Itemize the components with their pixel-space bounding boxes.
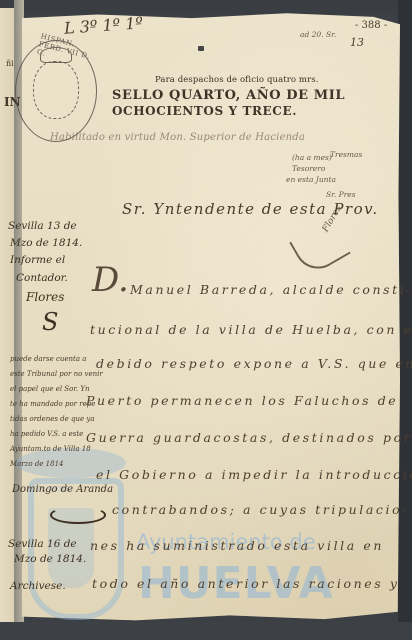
right-margin-note: en esta Junta: [286, 175, 336, 184]
margin-decree2-line: Archivese.: [10, 580, 66, 592]
royal-seal-icon: HISPAN. FERD. VII D. G.: [15, 40, 97, 142]
margin-report-line: Marzo de 1814: [10, 460, 63, 468]
right-margin-note: (ha a mes): [292, 153, 332, 162]
margin-report-line: el papel que el Sor. Yn: [10, 385, 89, 393]
stamp-title-line2: OCHOCIENTOS Y TRECE.: [112, 104, 297, 118]
coat-of-arms-icon: [33, 61, 79, 119]
frame-right-edge: [398, 0, 412, 640]
signature-flourish-icon: [50, 506, 106, 524]
stamp-title-line1: SELLO QUARTO, AÑO DE MIL: [112, 88, 345, 103]
body-line: tucional de la villa de Huelba, con el: [90, 322, 412, 337]
body-line: contrabandos; a cuyas tripulacio-: [112, 502, 409, 517]
margin-decree2-line: Sevilla 16 de: [8, 538, 77, 550]
body-line: Guerra guardacostas, destinados por: [86, 430, 412, 445]
body-line: Puerto permanecen los Faluchos de: [86, 393, 398, 408]
margin-report-line: tidas ordenes de que ya: [10, 415, 95, 423]
margin-decree-line: Contador.: [16, 272, 68, 284]
right-margin-note: Sr. Pres: [326, 190, 356, 199]
margin-report-initial: S: [42, 308, 58, 336]
margin-report-line: este Tribunal por no venir: [10, 370, 103, 378]
left-fragment-1: ñi: [6, 59, 14, 68]
scan-backdrop: [0, 0, 412, 14]
margin-decree-line: Informe el: [10, 254, 65, 266]
body-line: el Gobierno a impedir la introduccion: [96, 467, 412, 482]
salutation: Sr. Yntendente de esta Prov.: [122, 200, 379, 218]
right-margin-note: Tesorero: [292, 164, 325, 173]
stamp-bullet-icon: [198, 46, 204, 51]
drop-cap: D.: [92, 260, 129, 300]
margin-report-line: puede darse cuenta a: [10, 355, 86, 363]
body-line: debido respeto expone a V.S. que en este: [96, 356, 412, 371]
margin-decree-line: Sevilla 13 de: [8, 220, 77, 232]
margin-report-line: ha pedido V.S. a este: [10, 430, 83, 438]
right-margin-note: Tresmas: [330, 150, 362, 159]
right-margin-note: ad 20. Sr.: [300, 30, 336, 39]
frame-bottom-edge: [0, 622, 412, 640]
body-line: nes ha suministrado esta villa en: [90, 538, 384, 553]
margin-report-line: Ayuntam.to de Villa 18: [10, 445, 91, 453]
body-line: todo el año anterior las raciones y: [92, 576, 399, 591]
body-line: Manuel Barreda, alcalde consti-: [130, 282, 412, 297]
margin-decree-line: Mzo de 1814.: [10, 237, 82, 249]
margin-report-line: te ha mandado por repe: [10, 400, 95, 408]
stamp-subtitle: Para despachos de oficio quatro mrs.: [155, 75, 319, 85]
archive-subnumber: 13: [350, 36, 364, 49]
margin-decree2-line: Mzo de 1814.: [14, 553, 86, 565]
margin-decree-signature: Flores: [26, 290, 64, 304]
habilitado-line: Habilitado en virtud Mon. Superior de Ha…: [50, 132, 305, 143]
margin-report-signature: Domingo de Aranda: [12, 484, 113, 495]
archive-number: - 388 -: [355, 20, 387, 31]
